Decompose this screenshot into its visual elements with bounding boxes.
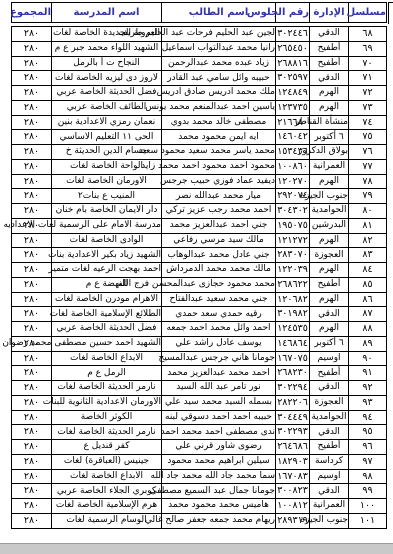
school-cell: الابداع الخاصة لغات	[52, 351, 162, 366]
school-cell: جينيس (العباقرة) لغات	[52, 454, 162, 469]
serial-cell: ٨٦	[349, 292, 387, 307]
table-row: ٨٤الهرم١٢٢٠٣٩مالك محمد محمد الدمرداشاحمد…	[12, 263, 387, 278]
serial-cell: ٩٢	[349, 381, 387, 396]
seat-cell: ٣٠٢٢٩٣	[276, 425, 310, 440]
total-cell: ٢٨٠	[12, 41, 52, 56]
serial-cell: ٩٠	[349, 351, 387, 366]
admin-cell: اوسيم	[310, 351, 349, 366]
table-row: ٧٤منشأة القناطر٢١٦٦٨٠مصطفى خالد محمد بدو…	[12, 115, 387, 130]
seat-cell: ٣٠٤٣٠٢	[276, 204, 310, 219]
total-cell: ٢٨٠	[12, 130, 52, 145]
student-cell: حبيبه وائل سامي عبد القادر	[162, 71, 276, 86]
table-row: ٨٥أطفيح٢٦٨٦٢٢محمد محمود حجازى عبدالمحسن …	[12, 277, 387, 292]
school-cell: العروبة الجديدة الخاصة لغات	[52, 27, 162, 42]
admin-cell: كرداسة	[310, 454, 349, 469]
student-cell: مصطفى خالد محمد بدوي	[162, 115, 276, 130]
school-cell: احمد بهجت الرعيه لغات متميز	[52, 263, 162, 278]
seat-cell: ١٢٠٢٧٠	[276, 174, 310, 189]
horizontal-scrollbar-track[interactable]	[0, 543, 393, 554]
serial-cell: ٨٨	[349, 322, 387, 337]
seat-cell: ١٨٢٩٠٣	[276, 454, 310, 469]
admin-cell: منشأة القناطر	[310, 115, 349, 130]
student-cell: جني عادل محمد عبدالوهاب	[162, 248, 276, 263]
admin-cell: العمرانية	[310, 159, 349, 174]
student-cell: احمد محمد رجب عزيز تركي	[162, 204, 276, 219]
table-row: ٩٧كرداسة١٨٢٩٠٣سيلين ابراهيم محمد محمودجي…	[12, 454, 387, 469]
school-cell: كفر قنديل ع	[52, 440, 162, 455]
seat-cell: ١٢٢٠٣٩	[276, 263, 310, 278]
table-row: ١٠١جنوب الجيزة٢٨٩٣١٩ريهام محمد جمعه جعفر…	[12, 513, 387, 528]
school-cell: نعمان رمزي الاعدادية بنين	[52, 115, 162, 130]
total-cell: ٢٨٠	[12, 263, 52, 278]
seat-cell: ١٥٣٤٣٦	[276, 145, 310, 160]
admin-cell: بولاق الدكرور	[310, 145, 349, 160]
serial-cell: ٧٢	[349, 86, 387, 101]
school-cell: الشهيد زياد بكير الاعدادية بنات	[52, 248, 162, 263]
student-cell: زياد عبده محمد عبدالرحمن	[162, 56, 276, 71]
table-row: ٩١أطفيح٢٦٨٢٣٠احمد محمد عبدالعزيز محمدالر…	[12, 366, 387, 381]
serial-cell: ٦٩	[349, 41, 387, 56]
total-cell: ٢٨٠	[12, 484, 52, 499]
seat-cell: ٣٠٢٢٩٤	[276, 381, 310, 396]
total-cell: ٢٨٠	[12, 100, 52, 115]
table-row: ٧٧العمرانية١٠٠٨٦٠محمود احمد محمود احمد م…	[12, 159, 387, 174]
school-cell: الاورمان الخاصة لغات	[52, 174, 162, 189]
seat-cell: ١٢١٢٧٢	[276, 233, 310, 248]
seat-cell: ٢٨٩٣١٩	[276, 513, 310, 528]
student-cell: مالك محمد محمد الدمرداش	[162, 263, 276, 278]
seat-cell: ٢٦٤٦٨٦	[276, 440, 310, 455]
student-cell: جني محمد سعيد عبدالفتاح	[162, 292, 276, 307]
serial-cell: ١٠١	[349, 513, 387, 528]
serial-cell: ٧٣	[349, 100, 387, 115]
seat-cell: ٣٠٢٥٩٧	[276, 71, 310, 86]
admin-cell: الهرم	[310, 233, 349, 248]
serial-cell: ٨٢	[349, 233, 387, 248]
admin-cell: العجوزة	[310, 395, 349, 410]
table-row: ٩٦أطفيح٢٦٤٦٨٦رضوى شاور قرني عليكفر قنديل…	[12, 440, 387, 455]
total-cell: ٢٨٠	[12, 499, 52, 514]
school-cell: فضل الحديثة الخاصة عربي	[52, 322, 162, 337]
student-cell: جومانا هاني جرجس عبدالمسيح	[162, 351, 276, 366]
admin-cell: الهرم	[310, 292, 349, 307]
seat-cell: ٢١٦٦٨٠	[276, 115, 310, 130]
total-cell: ٢٨٠	[12, 322, 52, 337]
admin-cell: اوسيم	[310, 469, 349, 484]
student-cell: مالك سيد مرسي رفاعي	[162, 233, 276, 248]
student-cell: ميار محمد عبدالله نصر	[162, 189, 276, 204]
admin-cell: الحوامدية	[310, 204, 349, 219]
school-cell: الابداع الخاصة لغات	[52, 469, 162, 484]
admin-cell: الدقي	[310, 71, 349, 86]
results-page: مسلسل الإدارة رقم الجلوس اسم الطالب اسم …	[0, 0, 393, 554]
student-cell: حبيبه احمد احمد دسوقي لبنه	[162, 410, 276, 425]
serial-cell: ٧٤	[349, 115, 387, 130]
admin-cell: أطفيح	[310, 277, 349, 292]
school-cell: الوسام الرسمية لغات	[52, 513, 162, 528]
serial-cell: ٨٠	[349, 204, 387, 219]
total-cell: ٢٨٠	[12, 277, 52, 292]
table-row: ٧٨الهرم١٢٠٢٧٠ديفيد عماد فوزي حبيب جرجسال…	[12, 174, 387, 189]
serial-cell: ٧٠	[349, 56, 387, 71]
school-cell: الحى ١١ التعليم الاساسي	[52, 130, 162, 145]
total-cell: ٢٨٠	[12, 174, 52, 189]
serial-cell: ٨٧	[349, 307, 387, 322]
total-cell: ٢٨٠	[12, 204, 52, 219]
serial-cell: ٨٩	[349, 336, 387, 351]
student-cell: رقيه حمدي سعد حمدي	[162, 307, 276, 322]
serial-cell: ٦٨	[349, 27, 387, 42]
table-row: ٧٦بولاق الدكرور١٥٣٤٣٦محمد ياسر محمد سعيد…	[12, 145, 387, 160]
table-row: ٨١البدرشين١٩٥٠٧٥جني احمد عبدالعزيز محمدم…	[12, 218, 387, 233]
header-row: مسلسل الإدارة رقم الجلوس اسم الطالب اسم …	[12, 3, 387, 23]
student-cell: محمد محمود حجازى عبدالمحسن فرج الله	[162, 277, 276, 292]
total-cell: ٢٨٠	[12, 27, 52, 42]
student-cell: نور تامر عبد الله السيد	[162, 381, 276, 396]
seat-cell: ١٦٧٠٧٥	[276, 351, 310, 366]
total-cell: ٢٨٠	[12, 351, 52, 366]
header-school-name: اسم المدرسة	[52, 3, 162, 23]
results-table-body: ٦٨الدقي٣٠٢٤٤٦لجين عبد الحليم فرحات عبد ا…	[11, 26, 387, 529]
header-serial: مسلسل	[349, 3, 387, 23]
admin-cell: الدقي	[310, 484, 349, 499]
serial-cell: ٨٣	[349, 248, 387, 263]
table-row: ٧٣الهرم١٢٣٧٣٥ياسين احمد عبدالمنعم محمد ي…	[12, 100, 387, 115]
student-cell: بسمله السيد محمد سيد علي	[162, 395, 276, 410]
student-cell: يوسف عادل راشد علي	[162, 336, 276, 351]
school-cell: المنيب ع بنات٢	[52, 189, 162, 204]
table-row: ٧٢الهرم١٢٤٨٤٩ملك محمد ادريس صادق ادريسفض…	[12, 86, 387, 101]
total-cell: ٢٨٠	[12, 381, 52, 396]
table-row: ٩٢الدقي٣٠٢٢٩٤نور تامر عبد الله السيدنارم…	[12, 381, 387, 396]
school-cell: فضل الحديثة الخاصة عربي	[52, 86, 162, 101]
student-cell: ياسين احمد عبدالمنعم محمد يونس	[162, 100, 276, 115]
school-cell: حسام الدين الحديثة خ	[52, 145, 162, 160]
total-cell: ٢٨٠	[12, 292, 52, 307]
seat-cell: ٣٠٤٤٤٩	[276, 410, 310, 425]
table-row: ٨٠الحوامدية٣٠٤٣٠٢احمد محمد رجب عزيز تركي…	[12, 204, 387, 219]
admin-cell: الدقي	[310, 307, 349, 322]
student-cell: ريهام محمد جمعه جعفر صالح غالي	[162, 513, 276, 528]
student-cell: جني احمد عبدالعزيز محمد	[162, 218, 276, 233]
student-cell: احمد وائل محمد احمد جمعه	[162, 322, 276, 337]
table-row: ٨٨الهرم١٢٤٥٣٥احمد وائل محمد احمد جمعهفضل…	[12, 322, 387, 337]
seat-cell: ١٢٠٦٨٢	[276, 292, 310, 307]
total-cell: ٢٨٠	[12, 189, 52, 204]
serial-cell: ٩١	[349, 366, 387, 381]
table-row: ٧٩جنوب الجيزة٢٩٢٠٧٤ميار محمد عبدالله نصر…	[12, 189, 387, 204]
serial-cell: ٨٥	[349, 277, 387, 292]
admin-cell: أطفيح	[310, 366, 349, 381]
total-cell: ٢٨٠	[12, 366, 52, 381]
student-cell: هاميس محمد محمود محمد	[162, 499, 276, 514]
seat-cell: ٣٠٢٤٤٦	[276, 27, 310, 42]
student-cell: رضوى شاور قرني علي	[162, 440, 276, 455]
school-cell: الوادى الخاصة لغات	[52, 233, 162, 248]
seat-cell: ١٤٦٨٦٤	[276, 336, 310, 351]
school-cell: لاروز دى ليزيه الخاصة لغات	[52, 71, 162, 86]
serial-cell: ٨٤	[349, 263, 387, 278]
school-cell: الطلائع الإسلامية الخاصة لغات	[52, 307, 162, 322]
admin-cell: أطفيح	[310, 41, 349, 56]
table-row: ٦٩أطفيح٢٦٥٤٥٠رانيا محمد عبدالتواب اسماعي…	[12, 41, 387, 56]
admin-cell: العمرانية	[310, 499, 349, 514]
seat-cell: ٢٨٢٢٠٦	[276, 395, 310, 410]
admin-cell: أطفيح	[310, 440, 349, 455]
serial-cell: ٧٥	[349, 130, 387, 145]
seat-cell: ١٤٦٠٤٢	[276, 130, 310, 145]
results-table-area: مسلسل الإدارة رقم الجلوس اسم الطالب اسم …	[10, 2, 387, 529]
school-cell: كوبري الجلاء الخاصة عربي	[52, 484, 162, 499]
admin-cell: العجوزة	[310, 248, 349, 263]
school-cell: نارمر الحديثة الخاصة لغات	[52, 425, 162, 440]
total-cell: ٢٨٠	[12, 454, 52, 469]
school-cell: الرمل ع م	[52, 366, 162, 381]
total-cell: ٢٨٠	[12, 115, 52, 130]
school-cell: الكوثر الخاصة	[52, 410, 162, 425]
table-row: ٩٤الحوامدية٣٠٤٤٤٩حبيبه احمد احمد دسوقي ل…	[12, 410, 387, 425]
admin-cell: الحوامدية	[310, 410, 349, 425]
serial-cell: ١٠٠	[349, 499, 387, 514]
total-cell: ٢٨٠	[12, 513, 52, 528]
total-cell: ٢٨٠	[12, 469, 52, 484]
total-cell: ٢٨٠	[12, 86, 52, 101]
seat-cell: ١٢٣٧٣٥	[276, 100, 310, 115]
serial-cell: ٧٨	[349, 174, 387, 189]
admin-cell: الهرم	[310, 174, 349, 189]
serial-cell: ٧١	[349, 71, 387, 86]
admin-cell: الهرم	[310, 322, 349, 337]
student-cell: ايه ايمن محمود محمد	[162, 130, 276, 145]
total-cell: ٢٨٠	[12, 159, 52, 174]
seat-cell: ١٢٤٨٤٩	[276, 86, 310, 101]
admin-cell: الدقي	[310, 425, 349, 440]
serial-cell: ٩٣	[349, 395, 387, 410]
seat-cell: ٢٦٨٨١٦	[276, 56, 310, 71]
table-row: ٧٥٦ أكتوبر١٤٦٠٤٢ايه ايمن محمود محمدالحى …	[12, 130, 387, 145]
serial-cell: ٩٦	[349, 440, 387, 455]
table-row: ٨٢الهرم١٢١٢٧٢مالك سيد مرسي رفاعيالوادى ا…	[12, 233, 387, 248]
seat-cell: ١٩٥٠٧٥	[276, 218, 310, 233]
serial-cell: ٩٤	[349, 410, 387, 425]
serial-cell: ٨١	[349, 218, 387, 233]
admin-cell: الهرم	[310, 263, 349, 278]
table-row: ٨٣العجوزة٢٨٣٠٧٠جني عادل محمد عبدالوهابال…	[12, 248, 387, 263]
header-seat-number: رقم الجلوس	[276, 3, 310, 23]
student-cell: احمد محمد عبدالعزيز محمد	[162, 366, 276, 381]
table-row: ٩٣العجوزة٢٨٢٢٠٦بسمله السيد محمد سيد عليا…	[12, 395, 387, 410]
serial-cell: ٩٧	[349, 454, 387, 469]
clipped-next-column-border	[388, 2, 393, 24]
serial-cell: ٧٧	[349, 159, 387, 174]
table-row: ١٠٠العمرانية١٠٠٨١٢هاميس محمد محمود محمده…	[12, 499, 387, 514]
serial-cell: ٩٥	[349, 425, 387, 440]
serial-cell: ٩٩	[349, 484, 387, 499]
total-cell: ٢٨٠	[12, 440, 52, 455]
school-cell: النجاح ت أ بالرمل	[52, 56, 162, 71]
student-cell: رانيا محمد عبدالتواب اسماعيل	[162, 41, 276, 56]
admin-cell: جنوب الجيزة	[310, 513, 349, 528]
seat-cell: ٢٦٨٦٢٢	[276, 277, 310, 292]
seat-cell: ٢٦٨٢٣٠	[276, 366, 310, 381]
seat-cell: ٢٦٥٤٥٠	[276, 41, 310, 56]
school-cell: هرم الإسلامية الخاصة لغات	[52, 499, 162, 514]
student-cell: لجين عبد الحليم فرحات عبد الحليم طريف	[162, 27, 276, 42]
student-cell: محمد ياسر محمد سعيد محمود سعيد	[162, 145, 276, 160]
total-cell: ٢٨٠	[12, 307, 52, 322]
student-cell: ديفيد عماد فوزي حبيب جرجس	[162, 174, 276, 189]
student-cell: سما محمد جاد الله محمد جاد الله	[162, 469, 276, 484]
admin-cell: ٦ أكتوبر	[310, 336, 349, 351]
seat-cell: ١٦٧٠٨٣	[276, 469, 310, 484]
admin-cell: البدرشين	[310, 218, 349, 233]
student-cell: سيلين ابراهيم محمد محمود	[162, 454, 276, 469]
table-row: ٨٩٦ أكتوبر١٤٦٨٦٤يوسف عادل راشد عليالشهيد…	[12, 336, 387, 351]
total-cell: ٢٨٠	[12, 248, 52, 263]
school-cell: مدرسة الامام على الرسمية لغات الاعداديه	[52, 218, 162, 233]
total-cell: ٢٨٠	[12, 145, 52, 160]
seat-cell: ٢٨٣٠٧٠	[276, 248, 310, 263]
school-cell: الشهيد اللواء محمد جبر ع م	[52, 41, 162, 56]
admin-cell: ٦ أكتوبر	[310, 130, 349, 145]
admin-cell: الهرم	[310, 86, 349, 101]
admin-cell: جنوب الجيزة	[310, 189, 349, 204]
serial-cell: ٧٩	[349, 189, 387, 204]
school-cell: الاورمان الاعدادية الثانوية للبنات	[52, 395, 162, 410]
total-cell: ٢٨٠	[12, 56, 52, 71]
results-table-header: مسلسل الإدارة رقم الجلوس اسم الطالب اسم …	[11, 2, 387, 23]
total-cell: ٢٨٠	[12, 71, 52, 86]
seat-cell: ٢٩٢٠٧٤	[276, 189, 310, 204]
header-total: المجموع	[12, 3, 52, 23]
total-cell: ٢٨٠	[12, 233, 52, 248]
seat-cell: ١٢٤٥٣٥	[276, 322, 310, 337]
seat-cell: ١٠٠٨٦٠	[276, 159, 310, 174]
seat-cell: ١٠٠٨١٢	[276, 499, 310, 514]
table-row: ٨٦الهرم١٢٠٦٨٢جني محمد سعيد عبدالفتاحالاه…	[12, 292, 387, 307]
table-row: ٧٠أطفيح٢٦٨٨١٦زياد عبده محمد عبدالرحمنالن…	[12, 56, 387, 71]
school-cell: الطائف الخاصة عربي	[52, 100, 162, 115]
total-cell: ٢٨٠	[12, 425, 52, 440]
table-row: ٦٨الدقي٣٠٢٤٤٦لجين عبد الحليم فرحات عبد ا…	[12, 27, 387, 42]
table-row: ٩٨اوسيم١٦٧٠٨٣سما محمد جاد الله محمد جاد …	[12, 469, 387, 484]
serial-cell: ٧٦	[349, 145, 387, 160]
table-row: ٩٩الدقي٣٠٠٨٢٣جومانا جمال عبد السميع مصطف…	[12, 484, 387, 499]
admin-cell: الدقي	[310, 381, 349, 396]
seat-cell: ٣٠١٩٨٢	[276, 307, 310, 322]
serial-cell: ٩٨	[349, 469, 387, 484]
school-cell: الاهرام مودرن الخاصة لغات	[52, 292, 162, 307]
admin-cell: الهرم	[310, 100, 349, 115]
school-cell: دار الايمان الخاصة بام خنان	[52, 204, 162, 219]
table-row: ٩٠اوسيم١٦٧٠٧٥جومانا هاني جرجس عبدالمسيحا…	[12, 351, 387, 366]
admin-cell: الدقي	[310, 27, 349, 42]
seat-cell: ٣٠٠٨٢٣	[276, 484, 310, 499]
student-cell: جومانا جمال عبد السميع مصطفى	[162, 484, 276, 499]
header-admin: الإدارة	[310, 3, 349, 23]
total-cell: ٢٨٠	[12, 410, 52, 425]
admin-cell: أطفيح	[310, 56, 349, 71]
school-cell: الشهيد احمد حسين مصطفى محمد رضوان	[52, 336, 162, 351]
student-cell: ملك محمد ادريس صادق ادريس	[162, 86, 276, 101]
table-row: ٧١الدقي٣٠٢٥٩٧حبيبه وائل سامي عبد القادرل…	[12, 71, 387, 86]
student-cell: ندى مصطفى احمد محمد احمد	[162, 425, 276, 440]
student-cell: محمود احمد محمود احمد محمد زايد	[162, 159, 276, 174]
table-row: ٨٧الدقي٣٠١٩٨٢رقيه حمدي سعد حمديالطلائع ا…	[12, 307, 387, 322]
table-row: ٩٥الدقي٣٠٢٢٩٣ندى مصطفى احمد محمد احمدنار…	[12, 425, 387, 440]
school-cell: نارمر الحديثة الخاصة لغات	[52, 381, 162, 396]
